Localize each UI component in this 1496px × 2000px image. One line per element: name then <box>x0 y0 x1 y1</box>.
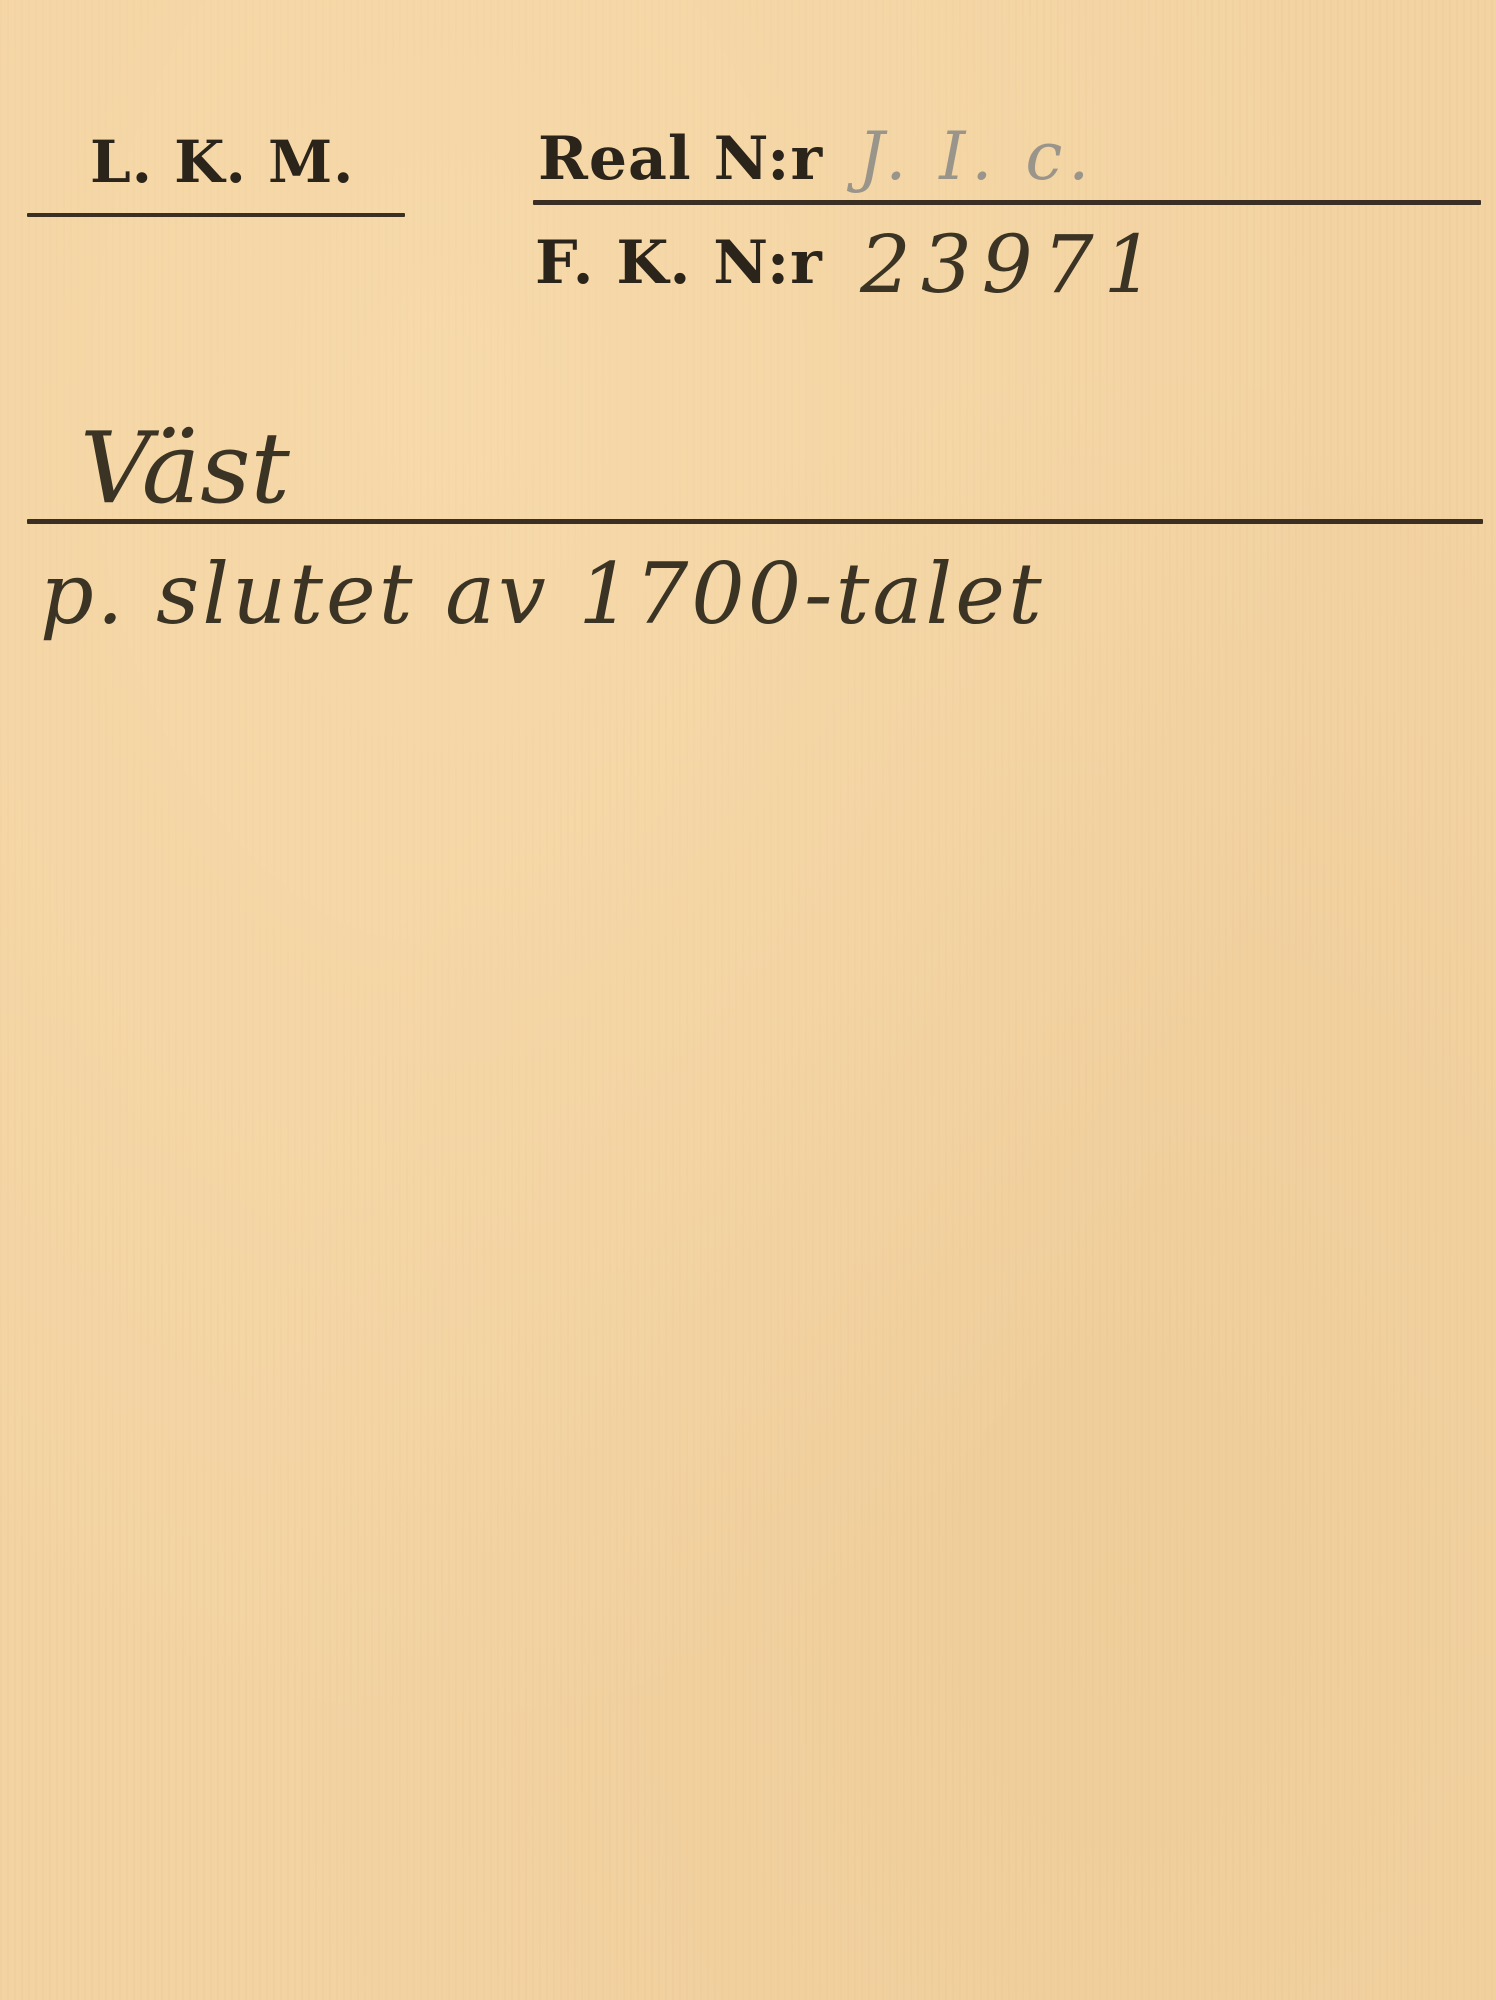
real-nr-underline <box>533 200 1481 205</box>
dating-text: p. slutet av 1700-talet <box>40 545 1045 643</box>
institution-underline <box>27 213 405 217</box>
catalog-card: L. K. M. Real N:r J. I. c. F. K. N:r 239… <box>0 0 1496 2000</box>
institution-label: L. K. M. <box>90 128 354 196</box>
real-nr-value: J. I. c. <box>858 118 1095 195</box>
fk-nr-label: F. K. N:r <box>535 228 823 298</box>
fk-nr-value: 23971 <box>860 218 1165 311</box>
real-nr-label: Real N:r <box>538 124 823 194</box>
location-underline <box>27 519 1483 524</box>
location-text: Väst <box>80 412 290 526</box>
